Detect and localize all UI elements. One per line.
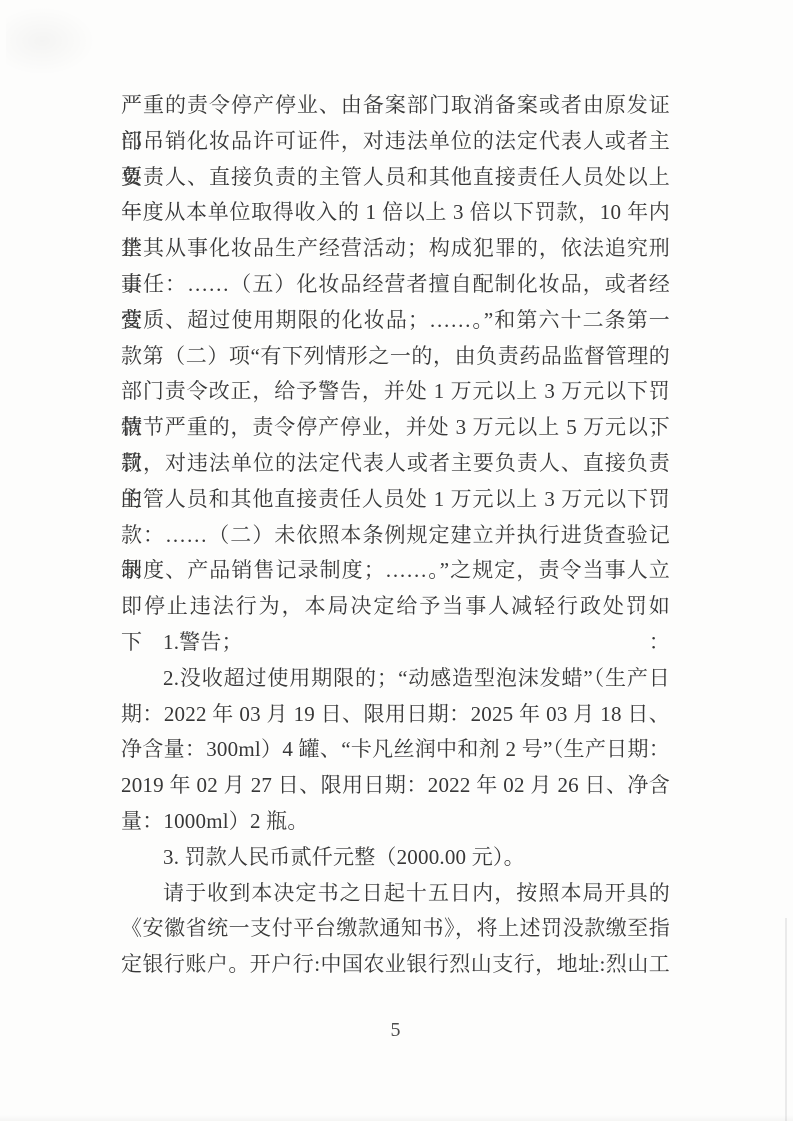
text-line: 年度从本单位取得收入的 1 倍以上 3 倍以下罚款，10 年内禁 [121,195,670,231]
text-line: 2.没收超过使用期限的；“动感造型泡沫发蜡”（生产日 [121,661,670,697]
text-line: 负责人、直接负责的主管人员和其他直接责任人员处以上一 [121,160,670,196]
text-line: 净含量：300ml）4 罐、“卡凡丝润中和剂 2 号”（生产日期： [121,732,670,768]
text-line: 2019 年 02 月 27 日、限用日期：2022 年 02 月 26 日、净… [121,768,670,804]
text-line: 定银行账户。开户行:中国农业银行烈山支行，地址:烈山工 [121,947,670,983]
text-line: 严重的责令停产停业、由备案部门取消备案或者由原发证部 [121,88,670,124]
text-line: 款：……（二）未依照本条例规定建立并执行进货查验记录 [121,518,670,554]
text-line: 主管人员和其他直接责任人员处 1 万元以上 3 万元以下罚 [121,482,670,518]
text-line: 止其从事化妆品生产经营活动；构成犯罪的，依法追究刑事 [121,231,670,267]
text-line: 变质、超过使用期限的化妆品；……。”和第六十二条第一 [121,303,670,339]
text-line: 责任：……（五）化妆品经营者擅自配制化妆品，或者经营 [121,267,670,303]
text-line: 制度、产品销售记录制度；……。”之规定，责令当事人立 [121,553,670,589]
text-line: 3. 罚款人民币贰仟元整（2000.00 元）。 [121,840,670,876]
text-line: 量：1000ml）2 瓶。 [121,804,670,840]
text-line: 款，对违法单位的法定代表人或者主要负责人、直接负责的 [121,446,670,482]
text-line: 期：2022 年 03 月 19 日、限用日期：2025 年 03 月 18 日… [121,697,670,733]
scan-bottom-shadow [0,1115,793,1121]
scan-smudge [6,6,96,76]
text-line: 门吊销化妆品许可证件，对违法单位的法定代表人或者主要 [121,124,670,160]
body-text: 严重的责令停产停业、由备案部门取消备案或者由原发证部 门吊销化妆品许可证件，对违… [121,88,670,983]
text-line: 部门责令改正，给予警告，并处 1 万元以上 3 万元以下罚款； [121,374,670,410]
page-number: 5 [121,1019,670,1042]
text-line: 情节严重的，责令停产停业，并处 3 万元以上 5 万元以下罚 [121,410,670,446]
document-page: 严重的责令停产停业、由备案部门取消备案或者由原发证部 门吊销化妆品许可证件，对违… [0,0,793,1121]
text-line: 款第（二）项“有下列情形之一的，由负责药品监督管理的 [121,339,670,375]
text-line: 请于收到本决定书之日起十五日内，按照本局开具的 [121,876,670,912]
scan-edge-artifact [785,918,787,1121]
text-line: 《安徽省统一支付平台缴款通知书》，将上述罚没款缴至指 [121,911,670,947]
text-line: 即停止违法行为，本局决定给予当事人减轻行政处罚如下： [121,589,670,625]
